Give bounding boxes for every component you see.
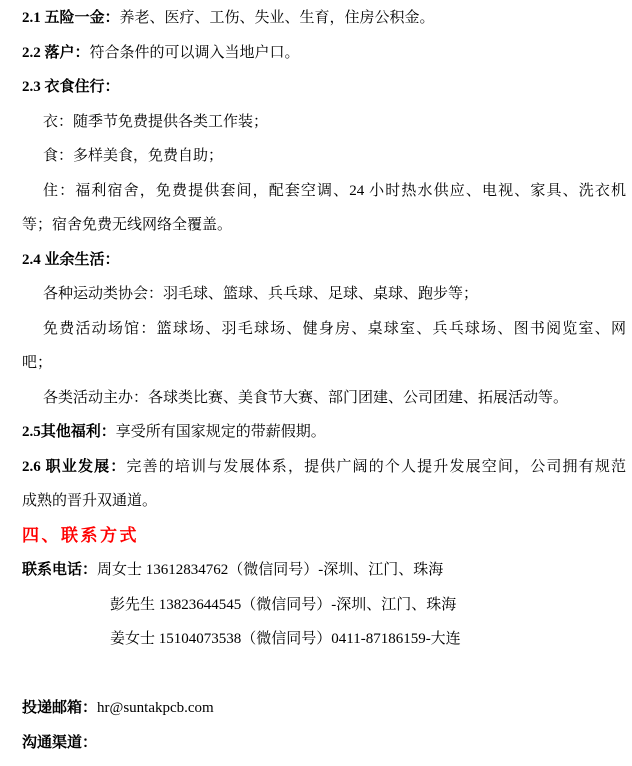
section-label: 2.6 职业发展：	[22, 459, 126, 475]
activities-line: 各类活动主办：各球类比赛、美食节大赛、部门团建、公司团建、拓展活动等。	[22, 381, 626, 416]
contact-section-heading: 四、联系方式	[22, 519, 626, 554]
contact-channel-label: 沟通渠道：	[22, 735, 97, 751]
housing-line: 住：福利宿舍，免费提供套间，配套空调、24 小时热水供应、电视、家具、洗衣机	[22, 174, 626, 209]
contact-phone-value: 姜女士 15104073538（微信同号）0411-87186159-大连	[110, 631, 461, 647]
section-label: 2.3 衣食住行：	[22, 79, 120, 95]
line-text: 等；宿舍免费无线网络全覆盖。	[22, 217, 232, 233]
heading-text: 四、联系方式	[22, 526, 139, 545]
section-label: 2.5其他福利：	[22, 424, 116, 440]
section-text: 享受所有国家规定的带薪假期。	[116, 424, 326, 440]
section-household-line: 2.2 落户：符合条件的可以调入当地户口。	[22, 36, 626, 71]
line-text: 食：多样美食，免费自助；	[43, 148, 223, 164]
blank-spacer-line	[22, 657, 626, 692]
contact-phone-value: 彭先生 13823644545（微信同号）-深圳、江门、珠海	[110, 597, 456, 613]
free-venues-line: 免费活动场馆：篮球场、羽毛球场、健身房、桌球室、兵乓球场、图书阅览室、网	[22, 312, 626, 347]
document-page: 2.1 五险一金：养老、医疗、工伤、失业、生育，住房公积金。 2.2 落户：符合…	[0, 0, 632, 766]
section-leisure-heading: 2.4 业余生活：	[22, 243, 626, 278]
contact-channel-line: 沟通渠道：	[22, 726, 626, 761]
line-text: 住：福利宿舍，免费提供套间，配套空调、24 小时热水供应、电视、家具、洗衣机	[43, 183, 626, 199]
contact-phone-line-3: 姜女士 15104073538（微信同号）0411-87186159-大连	[22, 622, 626, 657]
line-text: 成熟的晋升双通道。	[22, 493, 157, 509]
sports-clubs-line: 各种运动类协会：羽毛球、篮球、兵乓球、足球、桌球、跑步等；	[22, 277, 626, 312]
contact-email-label: 投递邮箱：	[22, 700, 97, 716]
line-text: 各种运动类协会：羽毛球、篮球、兵乓球、足球、桌球、跑步等；	[43, 286, 478, 302]
section-label: 2.2 落户：	[22, 45, 90, 61]
contact-phone-label: 联系电话：	[22, 562, 97, 578]
line-text: 免费活动场馆：篮球场、羽毛球场、健身房、桌球室、兵乓球场、图书阅览室、网	[43, 321, 626, 337]
section-living-heading: 2.3 衣食住行：	[22, 70, 626, 105]
section-insurance-line: 2.1 五险一金：养老、医疗、工伤、失业、生育，住房公积金。	[22, 1, 626, 36]
contact-phone-line-1: 联系电话：周女士 13612834762（微信同号）-深圳、江门、珠海	[22, 553, 626, 588]
clothing-line: 衣：随季节免费提供各类工作装；	[22, 105, 626, 140]
contact-phone-value: 周女士 13612834762（微信同号）-深圳、江门、珠海	[97, 562, 443, 578]
line-text: 衣：随季节免费提供各类工作装；	[43, 114, 268, 130]
section-text: 完善的培训与发展体系，提供广阔的个人提升发展空间，公司拥有规范	[126, 459, 626, 475]
section-label: 2.4 业余生活：	[22, 252, 120, 268]
line-text: 各类活动主办：各球类比赛、美食节大赛、部门团建、公司团建、拓展活动等。	[43, 390, 568, 406]
line-text: 吧；	[22, 355, 52, 371]
contact-email-value: hr@suntakpcb.com	[97, 700, 214, 716]
section-text: 养老、医疗、工伤、失业、生育，住房公积金。	[120, 10, 435, 26]
contact-email-line: 投递邮箱：hr@suntakpcb.com	[22, 691, 626, 726]
free-venues-line-continued: 吧；	[22, 346, 626, 381]
section-other-benefits-line: 2.5其他福利：享受所有国家规定的带薪假期。	[22, 415, 626, 450]
housing-line-continued: 等；宿舍免费无线网络全覆盖。	[22, 208, 626, 243]
section-label: 2.1 五险一金：	[22, 10, 120, 26]
contact-phone-line-2: 彭先生 13823644545（微信同号）-深圳、江门、珠海	[22, 588, 626, 623]
section-career-line-continued: 成熟的晋升双通道。	[22, 484, 626, 519]
section-text: 符合条件的可以调入当地户口。	[90, 45, 300, 61]
food-line: 食：多样美食，免费自助；	[22, 139, 626, 174]
section-career-line: 2.6 职业发展：完善的培训与发展体系，提供广阔的个人提升发展空间，公司拥有规范	[22, 450, 626, 485]
